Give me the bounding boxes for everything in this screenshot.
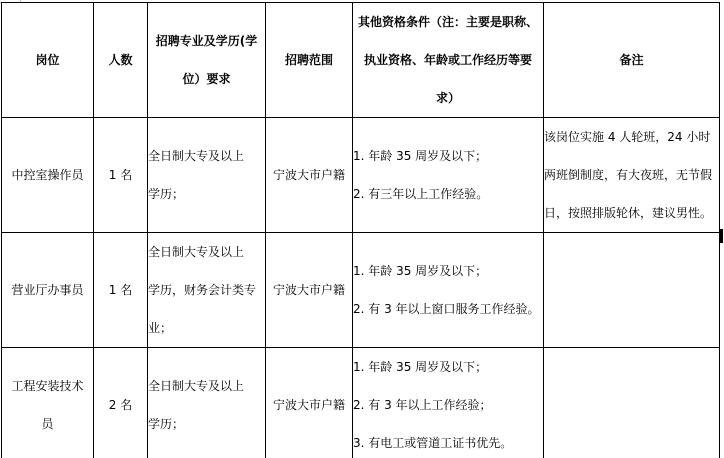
cell-text: 1 名 (109, 168, 132, 182)
cell-text: 1 名 (109, 283, 132, 297)
table-row: 营业厅办事员 1 名 全日制大专及以上 学历，财务会计类专 业； 宁波大市户籍 … (2, 233, 720, 348)
table-row: 工程安装技术 员 2 名 全日制大专及以上 学历； 宁波大市户籍 1. 年龄 3… (2, 348, 720, 458)
cell-text: 学历； (148, 175, 265, 213)
header-text: 人数 (94, 41, 147, 79)
header-other: 其他资格条件（注：主要是职称、 执业资格、年龄或工作经历等要 求） (353, 3, 544, 118)
cell-scope: 宁波大市户籍 (266, 118, 353, 233)
cell-remarks (544, 348, 720, 458)
cell-position: 营业厅办事员 (2, 233, 94, 348)
cell-text: 日，按照排版轮休，建议男性。 (544, 194, 719, 232)
cell-education: 全日制大专及以上 学历，财务会计类专 业； (148, 233, 266, 348)
cell-text: 1. 年龄 35 周岁及以下； (353, 137, 543, 175)
header-education: 招聘专业及学历(学 位）要求 (148, 3, 266, 118)
cell-text: 中控室操作员 (2, 156, 93, 194)
header-text: 其他资格条件（注：主要是职称、 (353, 3, 543, 41)
cell-other: 1. 年龄 35 周岁及以下； 2. 有 3 年以上工作经验； 3. 有电工或管… (353, 348, 544, 458)
cell-other: 1. 年龄 35 周岁及以下； 2. 有三年以上工作经验。 (353, 118, 544, 233)
cell-text: 1. 年龄 35 周岁及以下； (353, 252, 543, 290)
cell-text: 学历，财务会计类专 (148, 271, 265, 309)
cell-scope: 宁波大市户籍 (266, 348, 353, 458)
cell-text: 员 (2, 405, 93, 443)
header-text: 招聘范围 (266, 41, 352, 79)
table-row: 中控室操作员 1 名 全日制大专及以上 学历； 宁波大市户籍 1. 年龄 35 … (2, 118, 720, 233)
cell-education: 全日制大专及以上 学历； (148, 118, 266, 233)
header-row: 岗位 人数 招聘专业及学历(学 位）要求 招聘范围 其他资格条件（注：主要是职称… (2, 3, 720, 118)
cell-education: 全日制大专及以上 学历； (148, 348, 266, 458)
cell-text: 两班倒制度，有大夜班，无节假 (544, 156, 719, 194)
header-text: 执业资格、年龄或工作经历等要 (353, 41, 543, 79)
cell-text: 全日制大专及以上 (148, 367, 265, 405)
cell-count: 2 名 (94, 348, 148, 458)
cell-count: 1 名 (94, 233, 148, 348)
recruitment-table: 岗位 人数 招聘专业及学历(学 位）要求 招聘范围 其他资格条件（注：主要是职称… (1, 2, 720, 458)
header-text: 岗位 (2, 41, 93, 79)
cell-text: 2. 有 3 年以上工作经验； (353, 386, 543, 424)
header-scope: 招聘范围 (266, 3, 353, 118)
header-text: 位）要求 (148, 60, 265, 98)
cell-text: 2 名 (109, 398, 132, 412)
header-position: 岗位 (2, 3, 94, 118)
header-count: 人数 (94, 3, 148, 118)
header-text: 求） (353, 79, 543, 117)
cell-text: 业； (148, 309, 265, 347)
cell-text: 全日制大专及以上 (148, 233, 265, 271)
cell-text: 全日制大专及以上 (148, 137, 265, 175)
cell-scope: 宁波大市户籍 (266, 233, 353, 348)
cell-text: 宁波大市户籍 (273, 283, 345, 297)
cell-text: 宁波大市户籍 (273, 398, 345, 412)
cell-position: 中控室操作员 (2, 118, 94, 233)
cell-position: 工程安装技术 员 (2, 348, 94, 458)
row-resize-marker (719, 229, 723, 243)
cell-other: 1. 年龄 35 周岁及以下； 2. 有 3 年以上窗口服务工作经验。 (353, 233, 544, 348)
cell-count: 1 名 (94, 118, 148, 233)
cell-text: 宁波大市户籍 (273, 168, 345, 182)
cell-remarks: 该岗位实施 4 人轮班，24 小时 两班倒制度，有大夜班，无节假 日，按照排版轮… (544, 118, 720, 233)
cell-text: 3. 有电工或管道工证书优先。 (353, 424, 543, 458)
cell-text: 1. 年龄 35 周岁及以下； (353, 348, 543, 386)
header-text: 招聘专业及学历(学 (148, 22, 265, 60)
cell-text: 学历； (148, 405, 265, 443)
cell-text: 2. 有 3 年以上窗口服务工作经验。 (353, 290, 543, 328)
cell-text: 该岗位实施 4 人轮班，24 小时 (544, 118, 719, 156)
header-remarks: 备注 (544, 3, 720, 118)
cell-text: 工程安装技术 (2, 367, 93, 405)
cell-text: 营业厅办事员 (2, 271, 93, 309)
header-text: 备注 (544, 41, 719, 79)
cell-remarks (544, 233, 720, 348)
cell-text: 2. 有三年以上工作经验。 (353, 175, 543, 213)
